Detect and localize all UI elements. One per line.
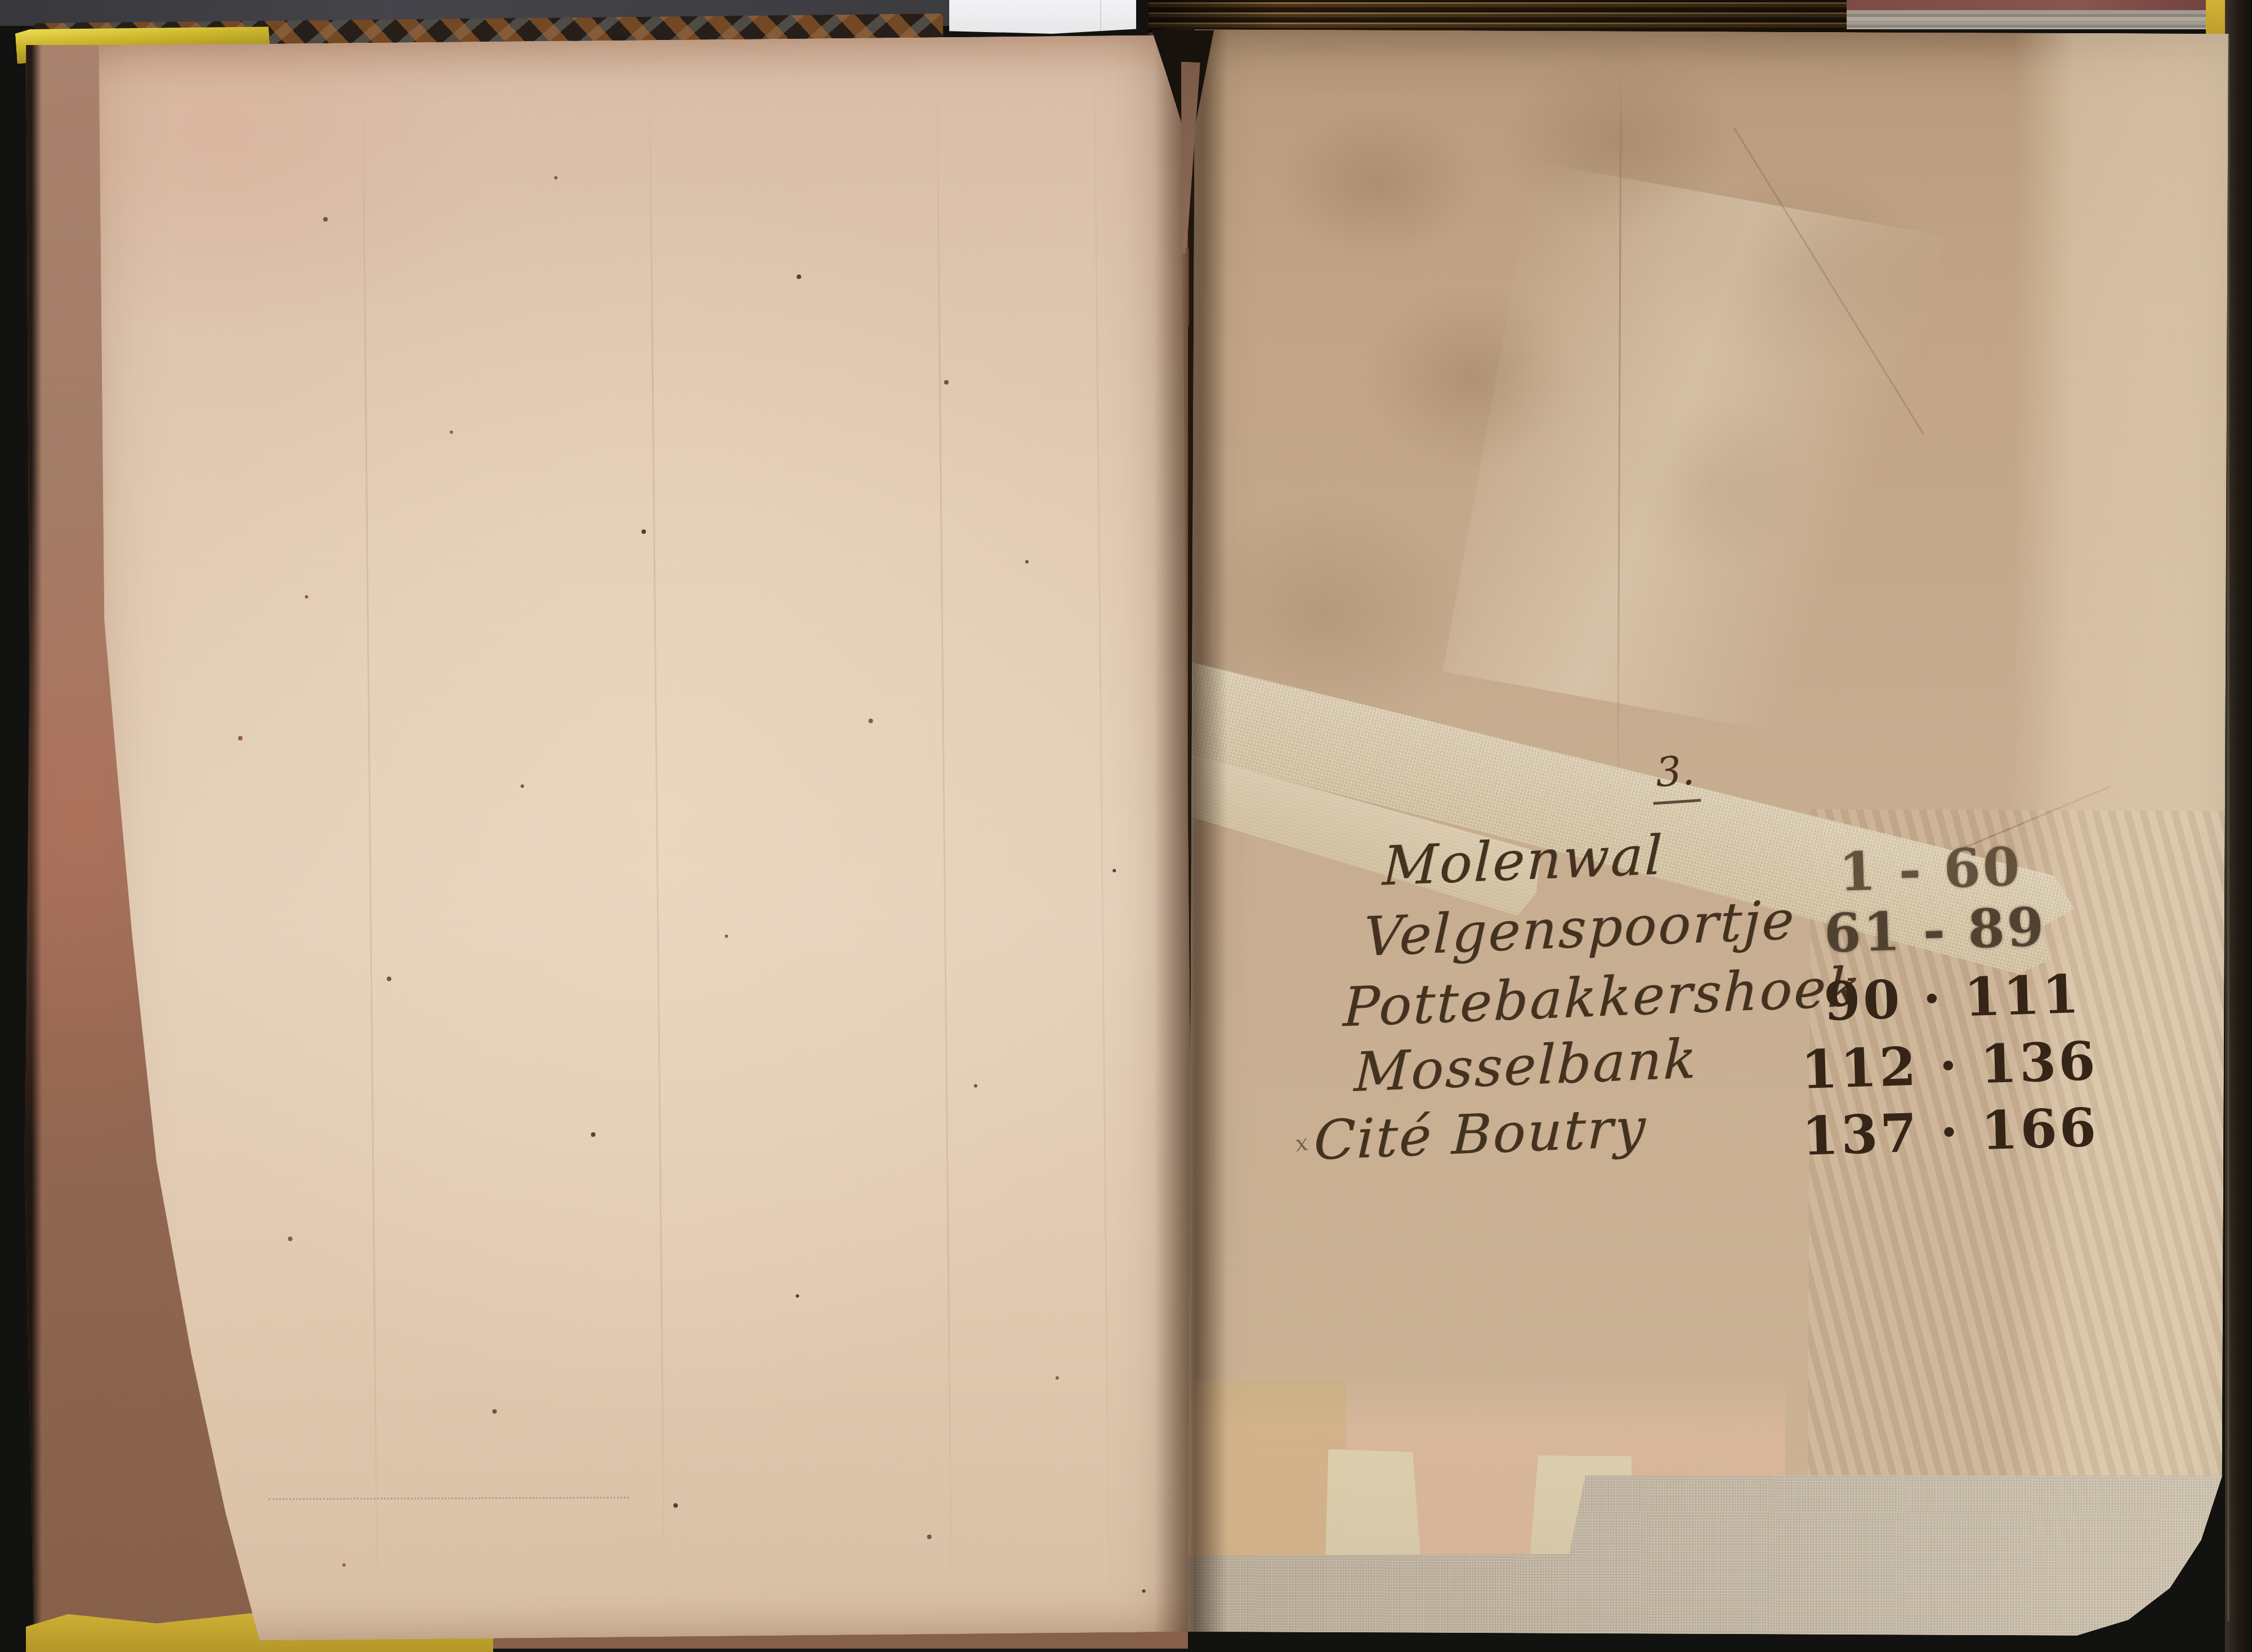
street-name: Mosselbank	[1353, 1027, 1699, 1104]
left-blank-page	[86, 35, 1196, 1642]
dirt-dotted-line	[269, 1497, 629, 1500]
street-name: Pottebakkershoek	[1342, 956, 1863, 1039]
page-range: 61 - 89	[1823, 896, 2047, 965]
page-range: 137 · 166	[1801, 1097, 2099, 1168]
page-range: 1 - 60	[1838, 836, 2023, 904]
right-index-page: 3. Molenwal 1 - 60 Velgenspoortje 61 - 8…	[1188, 29, 2228, 1636]
page-range: 112 · 136	[1800, 1030, 2098, 1101]
page-fold-line	[361, 60, 378, 1619]
margin-mark: x	[1293, 1129, 1310, 1157]
white-bookmark-slip	[949, 0, 1136, 34]
page-number: 3.	[1650, 746, 1701, 805]
book-spread-scan: 3. Molenwal 1 - 60 Velgenspoortje 61 - 8…	[0, 0, 2252, 1652]
street-name: Velgenspoortje	[1363, 888, 1797, 968]
page-fold-line	[936, 54, 953, 1614]
stacked-pages-edge	[1847, 10, 2229, 29]
right-book-edge-highlight	[2227, 34, 2229, 1622]
street-name: Molenwal	[1382, 824, 1665, 898]
page-fold-line	[649, 57, 665, 1617]
street-name: Cité Boutry	[1313, 1096, 1648, 1172]
page-range: 90 · 111	[1823, 963, 2082, 1033]
gutter	[1154, 28, 1227, 1632]
slip-crease-line	[1100, 0, 1101, 34]
page-fold-line	[1093, 52, 1110, 1612]
gutter-tear-line	[1186, 248, 1189, 327]
stacked-pages-maroon-edge	[1847, 0, 2229, 11]
